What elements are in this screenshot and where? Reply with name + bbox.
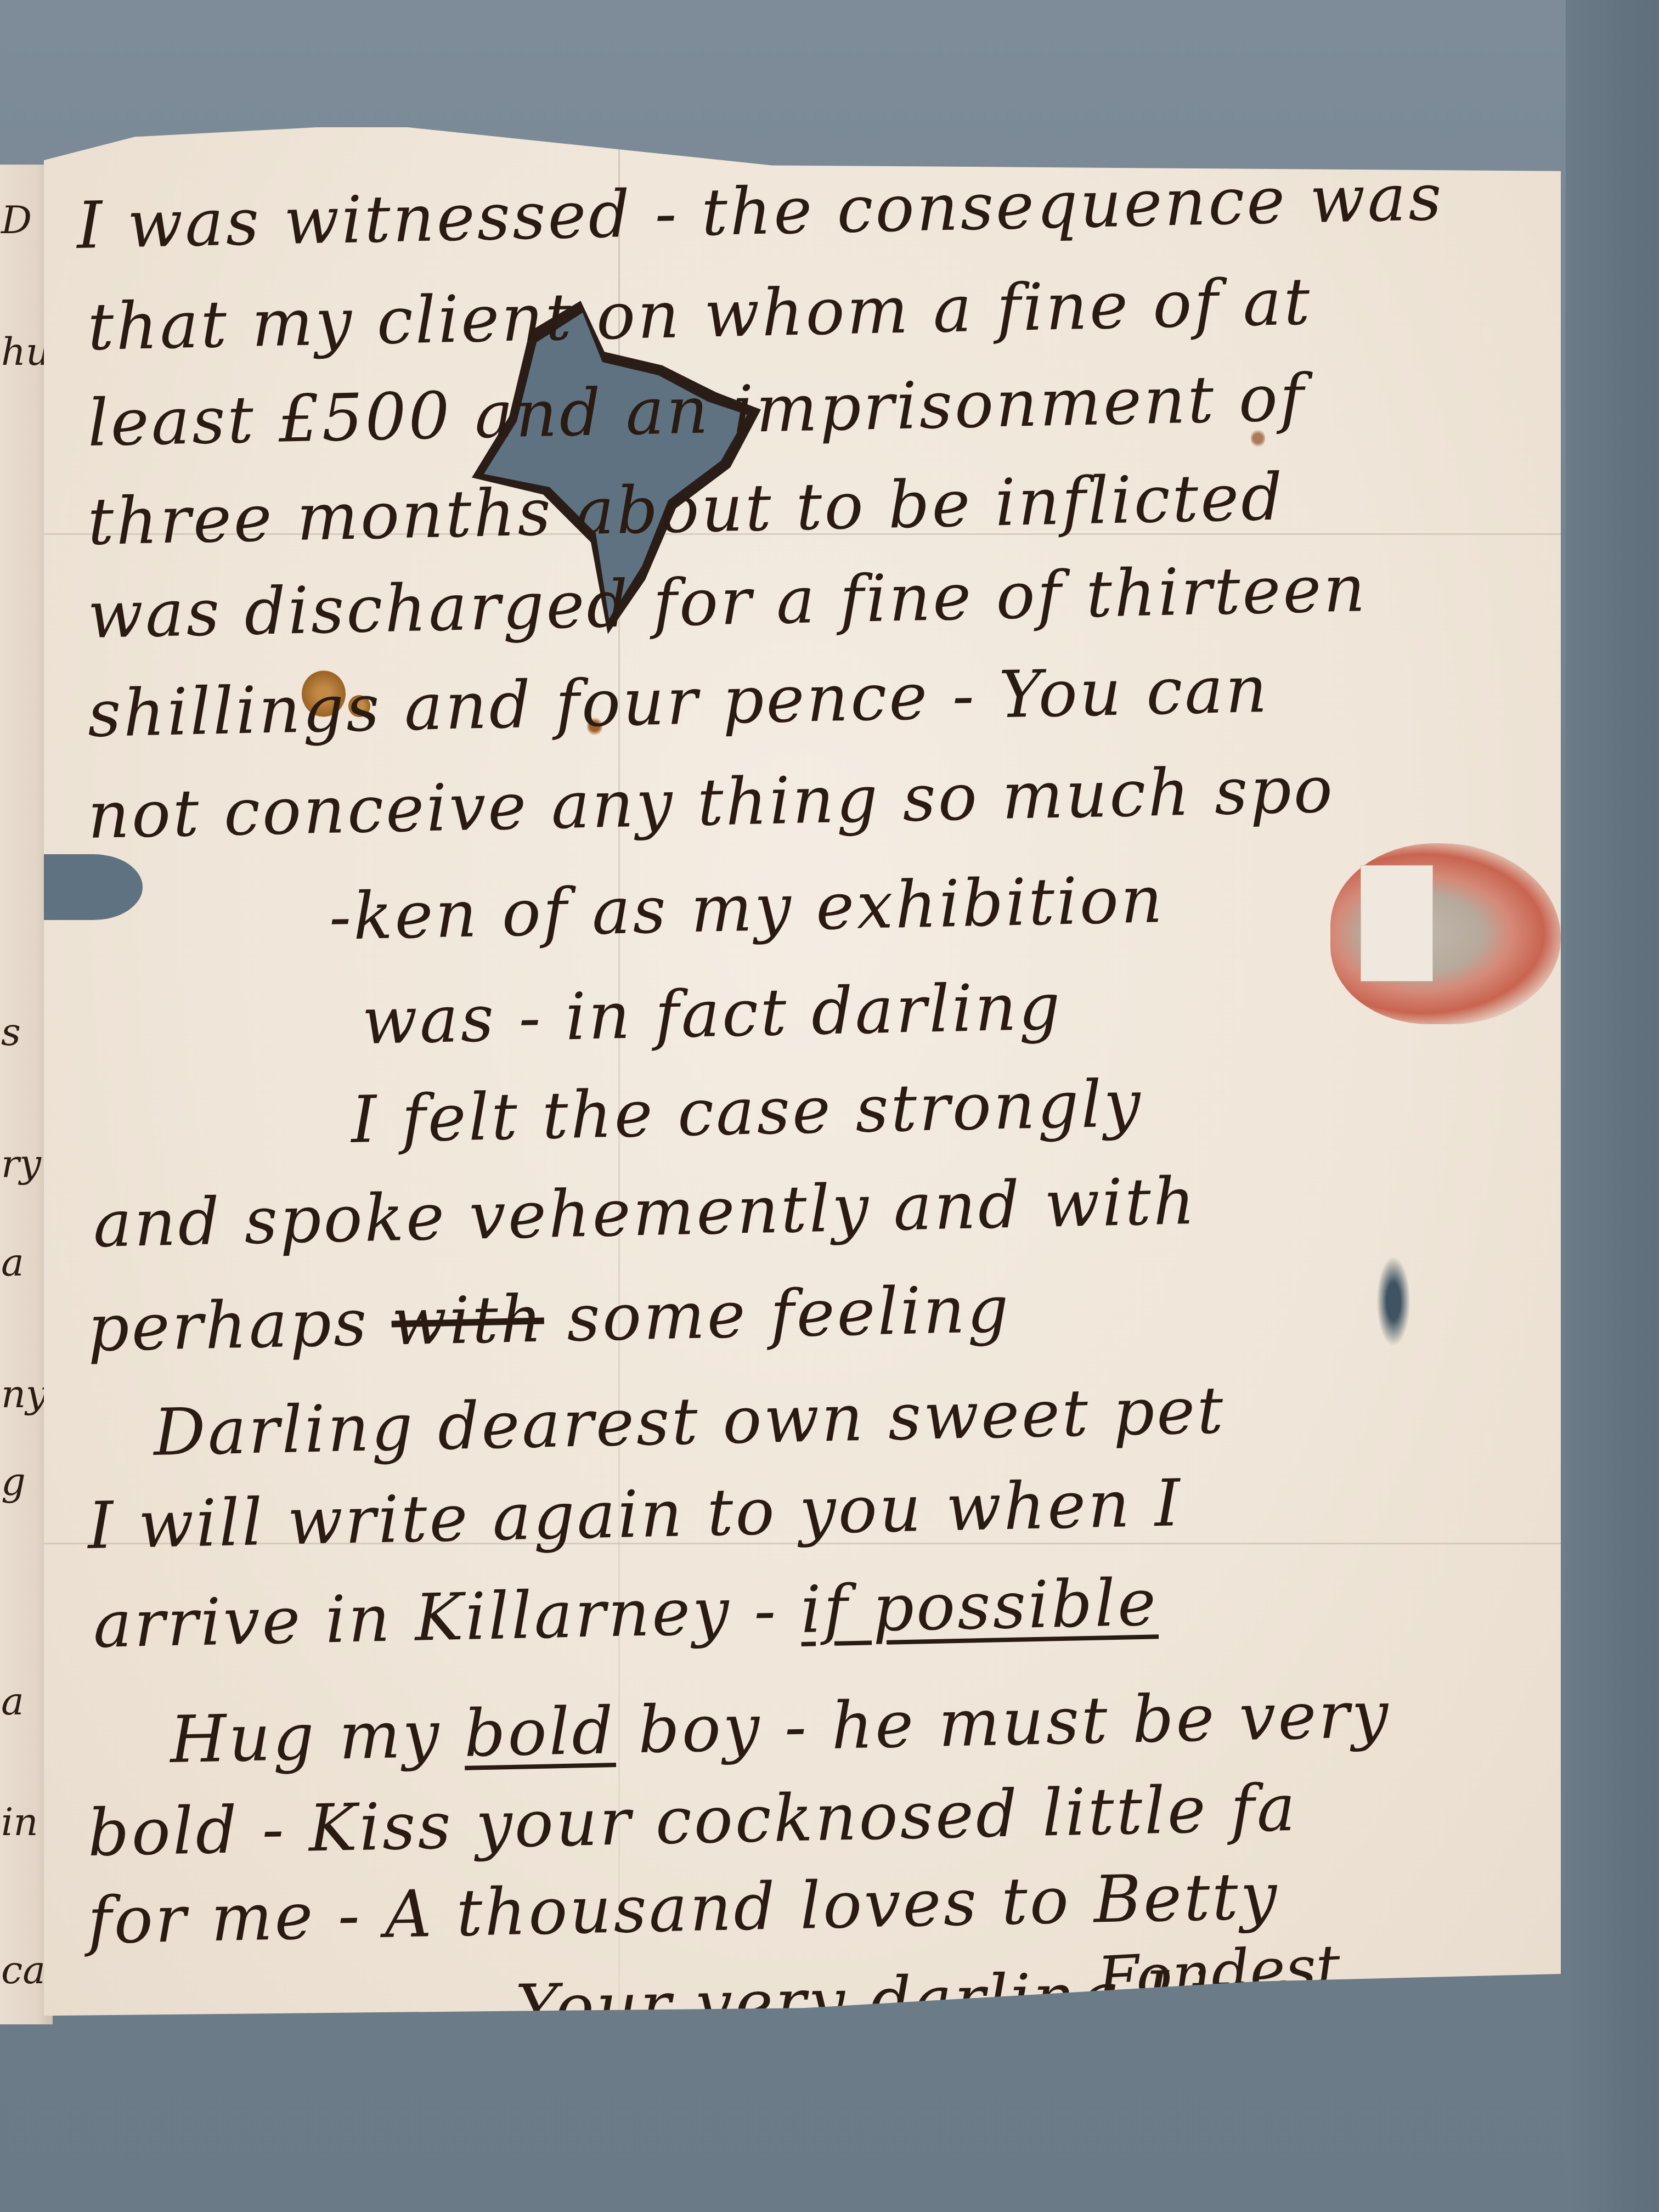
letter-line: was discharged for a fine of thirteen	[87, 550, 1368, 653]
fragment: in	[1, 1799, 38, 1844]
fragment: a	[1, 1240, 24, 1285]
letter-line: I was witnessed - the consequence was	[76, 159, 1444, 263]
blue-stain	[1377, 1257, 1410, 1345]
letter-line: least £500 and an imprisonment of	[87, 360, 1307, 461]
letter-line: three months about to be inflicted	[87, 459, 1285, 560]
letter-line: bold - Kiss your cocknosed little fa	[87, 1770, 1299, 1871]
valediction: Fondest	[1096, 1931, 1342, 2014]
letter-line: I will write again to you when I	[87, 1465, 1183, 1564]
word: Hug my	[170, 1696, 442, 1778]
underlined-phrase: if possible	[800, 1564, 1159, 1647]
letter-line: not conceive any thing so much spo	[87, 751, 1336, 853]
letter-line: perhaps with some feeling	[87, 1271, 1012, 1366]
letter-page: I was witnessed - the consequence was th…	[44, 127, 1561, 2031]
letter-line: and spoke vehemently and with	[93, 1163, 1198, 1262]
word: boy - he must be very	[637, 1676, 1391, 1768]
place-date: Cork April 15	[81, 2053, 599, 2147]
letter-line: shillings and four pence - You can	[87, 651, 1270, 752]
fragment: ry	[1, 1141, 41, 1186]
letter-line: -ken of as my exhibition	[329, 861, 1166, 955]
word: arrive in Killarney -	[93, 1572, 779, 1662]
letter-line: I felt the case strongly	[351, 1065, 1143, 1158]
signature: Daniel O'Connell	[1085, 2012, 1534, 2088]
fragment: ca	[1, 1948, 46, 1993]
edge-hole	[44, 854, 143, 920]
letter-line: was - in fact darling	[362, 968, 1063, 1059]
ordinal: th	[598, 2058, 644, 2104]
fragment: a	[1, 1679, 24, 1724]
fragment: D	[1, 198, 32, 242]
letter-line: Hug my bold boy - he must be very	[170, 1676, 1391, 1778]
fragment: ny	[1, 1372, 48, 1417]
date-line: Cork April 15th - 1806	[81, 2046, 910, 2147]
seal-paper-patch	[1361, 865, 1433, 981]
letter-line: arrive in Killarney - if possible	[93, 1564, 1159, 1662]
word: some feeling	[566, 1271, 1012, 1356]
word: perhaps	[87, 1284, 370, 1366]
struck-word: with	[391, 1281, 545, 1360]
background-board	[1566, 0, 1659, 2212]
year: - 1806	[667, 2046, 910, 2135]
letter-line: that my client on whom a fine of at	[87, 263, 1313, 365]
fragment: g	[1, 1459, 26, 1504]
fragment: s	[1, 1009, 21, 1054]
underlined-word: bold	[463, 1692, 616, 1771]
letter-line: Darling dearest own sweet pet	[153, 1372, 1226, 1470]
